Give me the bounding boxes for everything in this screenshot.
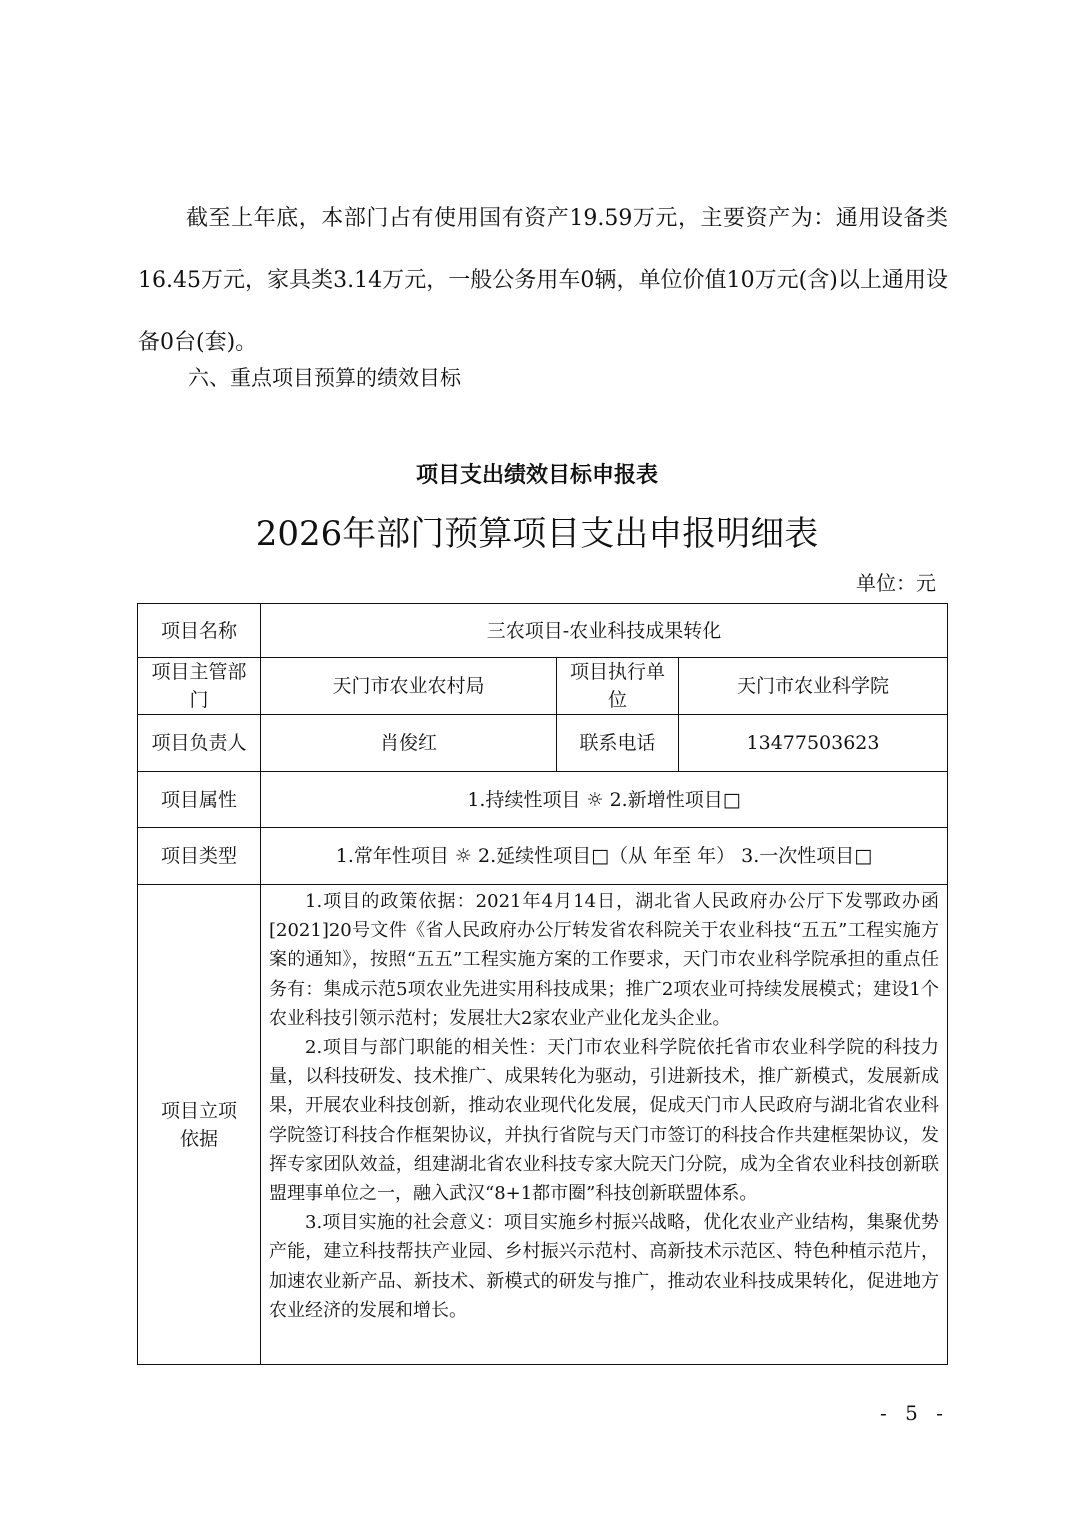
project-table: 项目名称 三农项目-农业科技成果转化 项目主管部门 天门市农业农村局 项目执行单… [137,603,948,1365]
table-row: 项目属性 1.持续性项目 ☼ 2.新增性项目□ [138,772,948,828]
basis-paragraph-3: 3.项目实施的社会意义：项目实施乡村振兴战略，优化农业产业结构，集聚优势产能，建… [269,1208,939,1325]
table-row: 项目类型 1.常年性项目 ☼ 2.延续性项目□（从 年至 年） 3.一次性项目□ [138,828,948,885]
basis-paragraph-2: 2.项目与部门职能的相关性：天门市农业科学院依托省市农业科学院的科技力量，以科技… [269,1033,939,1208]
table-row: 项目负责人 肖俊红 联系电话 13477503623 [138,715,948,772]
phone-value: 13477503623 [679,715,948,772]
basis-paragraph-1: 1.项目的政策依据：2021年4月14日，湖北省人民政府办公厅下发鄂政办函[20… [269,887,939,1033]
basis-label: 项目立项依据 [138,885,261,1365]
table-row: 项目名称 三农项目-农业科技成果转化 [138,604,948,658]
table-row: 项目立项依据 1.项目的政策依据：2021年4月14日，湖北省人民政府办公厅下发… [138,885,948,1365]
unit-label: 单位：元 [856,567,936,596]
assets-text: 截至上年底，本部门占有使用国有资产19.59万元，主要资产为：通用设备类16.4… [138,188,948,374]
attr-value: 1.持续性项目 ☼ 2.新增性项目□ [261,772,948,828]
project-name-value: 三农项目-农业科技成果转化 [261,604,948,658]
attr-label: 项目属性 [138,772,261,828]
exec-value: 天门市农业科学院 [679,658,948,715]
assets-paragraph: 截至上年底，本部门占有使用国有资产19.59万元，主要资产为：通用设备类16.4… [138,188,948,374]
form-title: 2026年部门预算项目支出申报明细表 [0,506,1074,555]
type-value: 1.常年性项目 ☼ 2.延续性项目□（从 年至 年） 3.一次性项目□ [261,828,948,885]
phone-label: 联系电话 [557,715,679,772]
project-name-label: 项目名称 [138,604,261,658]
dept-value: 天门市农业农村局 [261,658,557,715]
section-heading: 六、重点项目预算的绩效目标 [188,362,461,392]
form-subtitle: 项目支出绩效目标申报表 [0,458,1074,489]
table-row: 项目主管部门 天门市农业农村局 项目执行单位 天门市农业科学院 [138,658,948,715]
dept-label: 项目主管部门 [138,658,261,715]
leader-label: 项目负责人 [138,715,261,772]
type-label: 项目类型 [138,828,261,885]
leader-value: 肖俊红 [261,715,557,772]
basis-value: 1.项目的政策依据：2021年4月14日，湖北省人民政府办公厅下发鄂政办函[20… [261,885,948,1365]
exec-label: 项目执行单位 [557,658,679,715]
page-number: - 5 - [880,1401,949,1425]
